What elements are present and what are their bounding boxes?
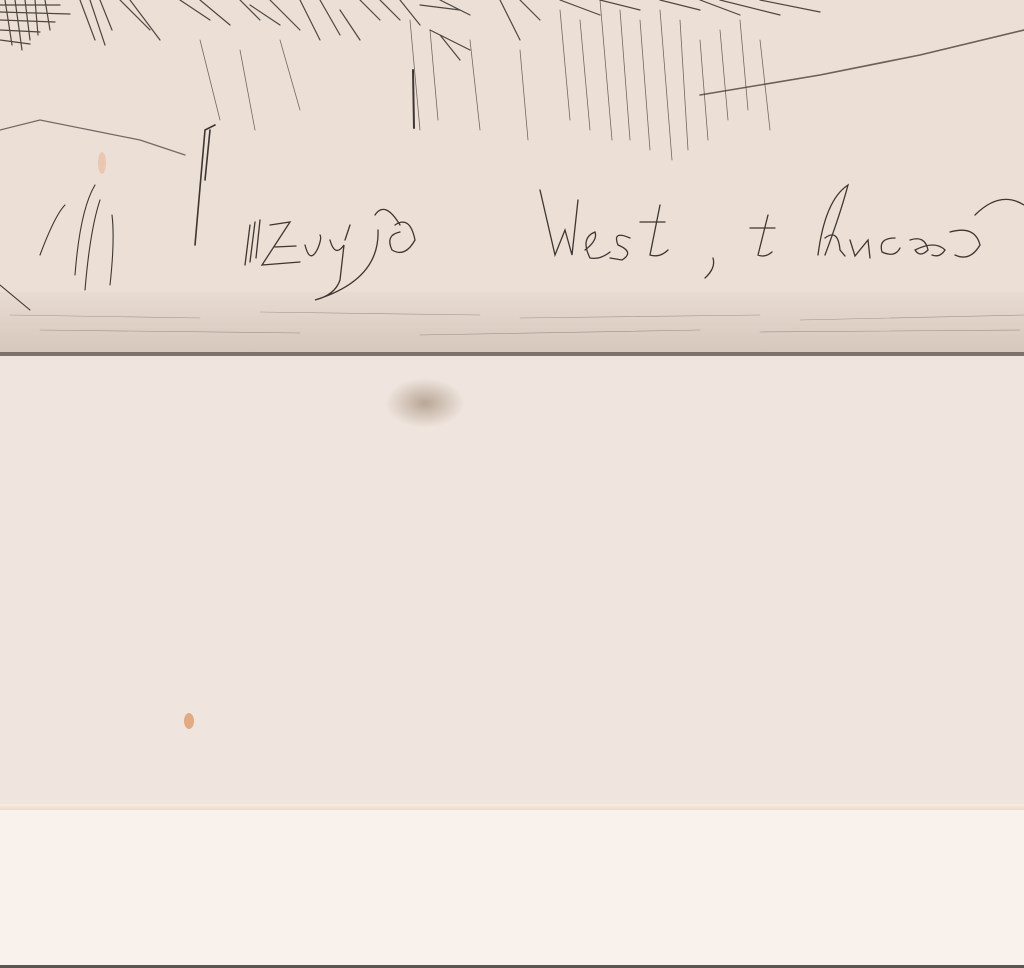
horizon-line <box>700 30 1024 95</box>
mount-board <box>0 810 1024 966</box>
left-leaf-strokes <box>0 185 113 310</box>
etched-lines <box>0 0 1024 360</box>
etching-scan: Zuyd West, t hues <box>0 0 1024 968</box>
hatched-foliage <box>0 0 820 60</box>
reed-stroke <box>413 70 414 128</box>
foxing-stain <box>385 378 465 428</box>
foxing-spot <box>184 713 194 729</box>
plate-tone-scratches <box>10 312 1024 335</box>
grass-strokes <box>200 0 770 160</box>
ground-curve <box>0 120 185 155</box>
inscription-handwriting <box>245 185 1024 300</box>
paper-margin <box>0 356 1024 806</box>
reed-stroke <box>195 125 215 245</box>
